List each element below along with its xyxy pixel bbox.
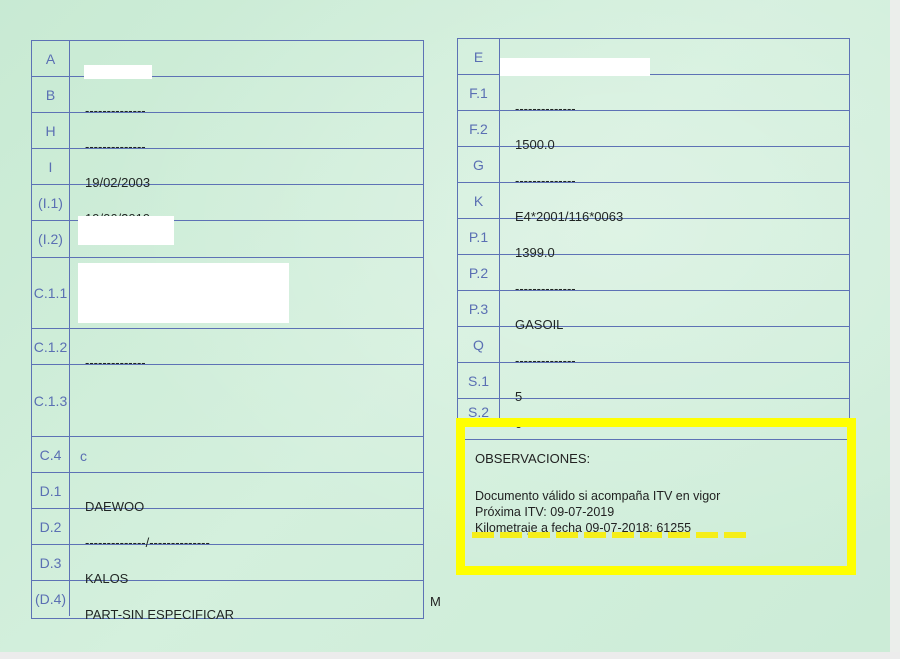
- field-row: F.21500.0: [458, 111, 849, 147]
- field-code: A: [32, 41, 70, 76]
- scan-border-bottom: [0, 652, 900, 659]
- field-code: S.1: [458, 363, 500, 398]
- left-field-table: AB--------------H--------------I19/02/20…: [31, 40, 424, 619]
- field-row: Q--------------: [458, 327, 849, 363]
- field-row: (D.4)PART-SIN ESPECIFICAR: [32, 581, 423, 616]
- field-code: (I.1): [32, 185, 70, 220]
- right-field-table: EF.1--------------F.21500.0G------------…: [457, 38, 850, 440]
- field-row: KE4*2001/116*0063: [458, 183, 849, 219]
- redaction-box: [84, 65, 152, 79]
- field-row: P.11399.0: [458, 219, 849, 255]
- field-code: G: [458, 147, 500, 182]
- field-row: F.1--------------: [458, 75, 849, 111]
- field-value: c: [80, 448, 87, 464]
- redaction-box: [78, 263, 289, 323]
- field-code: C.1.2: [32, 329, 70, 364]
- field-code: F.2: [458, 111, 500, 146]
- field-row: P.2--------------: [458, 255, 849, 291]
- field-code: (D.4): [32, 581, 70, 616]
- field-code: B: [32, 77, 70, 112]
- field-code: K: [458, 183, 500, 218]
- field-row: H--------------: [32, 113, 423, 149]
- field-row: S.15: [458, 363, 849, 399]
- field-value: PART-SIN ESPECIFICAR: [85, 607, 234, 622]
- field-code: (I.2): [32, 221, 70, 257]
- field-code: P.1: [458, 219, 500, 254]
- field-code: D.3: [32, 545, 70, 580]
- field-code: Q: [458, 327, 500, 362]
- dashed-underline: [472, 532, 749, 538]
- redaction-box: [78, 216, 174, 245]
- field-row: A: [32, 41, 423, 77]
- field-row: C.1.1: [32, 258, 423, 329]
- field-code: H: [32, 113, 70, 148]
- side-mark: M: [430, 594, 441, 609]
- field-row: D.3KALOS: [32, 545, 423, 581]
- field-code: C.4: [32, 437, 70, 472]
- field-code: E: [458, 39, 500, 74]
- field-row: D.2--------------/--------------: [32, 509, 423, 545]
- field-row: (I.2): [32, 221, 423, 258]
- field-row: D.1DAEWOO: [32, 473, 423, 509]
- field-code: I: [32, 149, 70, 184]
- field-row: B--------------: [32, 77, 423, 113]
- observations-highlight-box: OBSERVACIONES: Documento válido si acomp…: [456, 418, 856, 575]
- field-row: C.1.2--------------: [32, 329, 423, 365]
- field-code: D.2: [32, 509, 70, 544]
- field-code: P.3: [458, 291, 500, 326]
- observations-title: OBSERVACIONES:: [475, 451, 590, 466]
- observation-line: Próxima ITV: 09-07-2019: [475, 505, 614, 519]
- redaction-box: [500, 58, 650, 76]
- observation-line: Documento válido si acompaña ITV en vigo…: [475, 489, 720, 503]
- field-code: P.2: [458, 255, 500, 290]
- field-row: I19/02/2003: [32, 149, 423, 185]
- field-code: D.1: [32, 473, 70, 508]
- field-row: C.4c: [32, 437, 423, 473]
- field-row: P.3GASOIL: [458, 291, 849, 327]
- field-row: E: [458, 39, 849, 75]
- field-code: C.1.1: [32, 258, 70, 328]
- field-code: C.1.3: [32, 365, 70, 436]
- field-row: G--------------: [458, 147, 849, 183]
- field-code: F.1: [458, 75, 500, 110]
- field-row: C.1.3: [32, 365, 423, 437]
- scan-border-right: [890, 0, 900, 659]
